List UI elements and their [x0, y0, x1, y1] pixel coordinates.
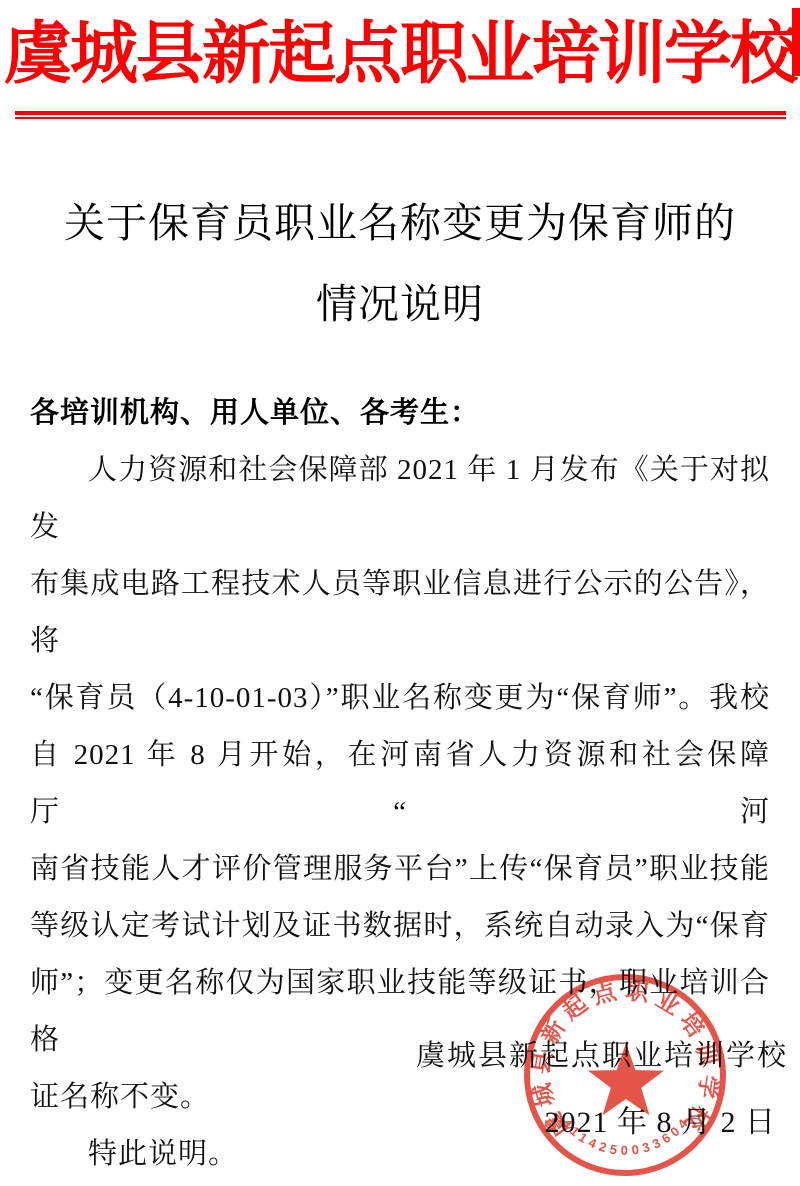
document-page: 虞城县新起点职业培训学校 关于保育员职业名称变更为保育师的 情况说明 各培训机构…: [0, 0, 800, 1186]
body-line: 人力资源和社会保障部 2021 年 1 月发布《关于对拟发: [30, 442, 770, 556]
body-line: 布集成电路工程技术人员等职业信息进行公示的公告》，将: [30, 556, 770, 670]
signature-organization: 虞城县新起点职业培训学校: [416, 1033, 788, 1074]
document-title-line2: 情况说明: [0, 264, 800, 345]
letterhead-rule-thin: [15, 117, 786, 119]
body-line: 自 2021 年 8 月开始，在河南省人力资源和社会保障厅“河: [30, 727, 770, 841]
salutation: 各培训机构、用人单位、各考生：: [30, 390, 770, 431]
document-title: 关于保育员职业名称变更为保育师的 情况说明: [0, 183, 800, 345]
letterhead-edge-mark: [792, 8, 800, 76]
document-title-line1: 关于保育员职业名称变更为保育师的: [0, 183, 800, 264]
signature-date: 2021 年 8 月 2 日: [545, 1097, 777, 1141]
letterhead-rule-thick: [15, 111, 786, 115]
body-line: 等级认定考试计划及证书数据时，系统自动录入为“保育: [30, 898, 770, 955]
letterhead-school-name: 虞城县新起点职业培训学校: [0, 4, 800, 104]
body-line: “保育员（4-10-01-03）”职业名称变更为“保育师”。我校: [30, 670, 770, 727]
body-line: 南省技能人才评价管理服务平台”上传“保育员”职业技能: [30, 841, 770, 898]
